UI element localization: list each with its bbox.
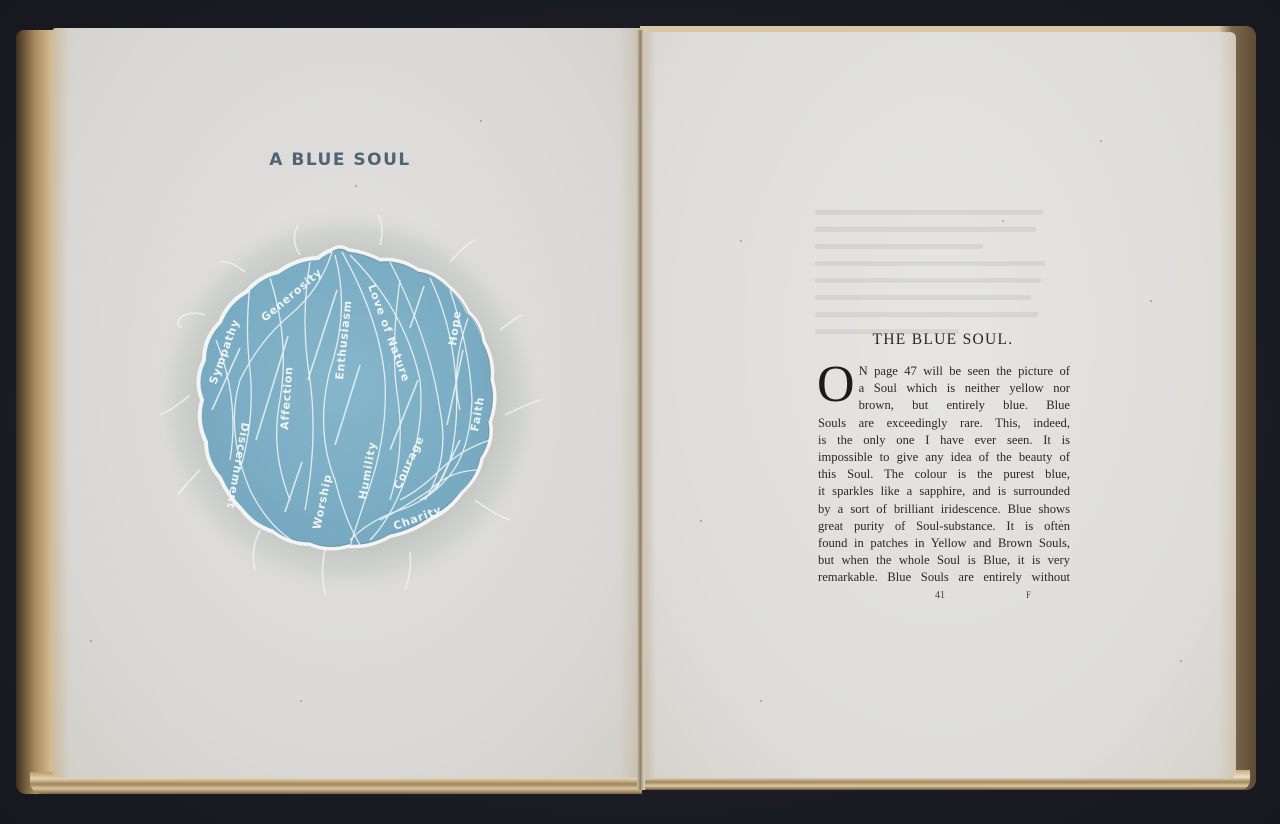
signature-mark: F xyxy=(1026,590,1031,600)
book-gutter xyxy=(637,30,645,790)
text-line: it sparkles like a sapphire, and is surr… xyxy=(818,483,1070,500)
text-line: Souls are exceedingly rare. This, indeed… xyxy=(818,415,1070,432)
open-book: A BLUE SOUL xyxy=(0,0,1280,824)
text-line: brown, but entirely blue. Blue xyxy=(818,397,1070,414)
text-line: N page 47 will be seen the picture of xyxy=(818,363,1070,380)
page-number: 41 xyxy=(925,590,955,601)
show-through-text xyxy=(815,210,1055,346)
drop-cap: O xyxy=(817,365,855,405)
text-line: a Soul which is neither yellow nor xyxy=(818,380,1070,397)
blue-soul-illustration: Sympathy Generosity Enthusiasm Love of N… xyxy=(150,200,550,600)
text-line: by a sort of brilliant iridescence. Blue… xyxy=(818,501,1070,518)
text-line: this Soul. The colour is the purest blue… xyxy=(818,466,1070,483)
text-line: but when the whole Soul is Blue, it is v… xyxy=(818,552,1070,569)
chapter-title: THE BLUE SOUL. xyxy=(818,331,1068,349)
text-line: great purity of Soul-substance. It is of… xyxy=(818,518,1070,535)
text-line: remarkable. Blue Souls are entirely with… xyxy=(818,569,1070,586)
plate-title: A BLUE SOUL xyxy=(250,150,430,170)
text-line: impossible to give any idea of the beaut… xyxy=(818,449,1070,466)
text-line: is the only one I have ever seen. It is xyxy=(818,432,1070,449)
body-text: O N page 47 will be seen the picture of … xyxy=(818,363,1070,587)
text-line: found in patches in Yellow and Brown Sou… xyxy=(818,535,1070,552)
